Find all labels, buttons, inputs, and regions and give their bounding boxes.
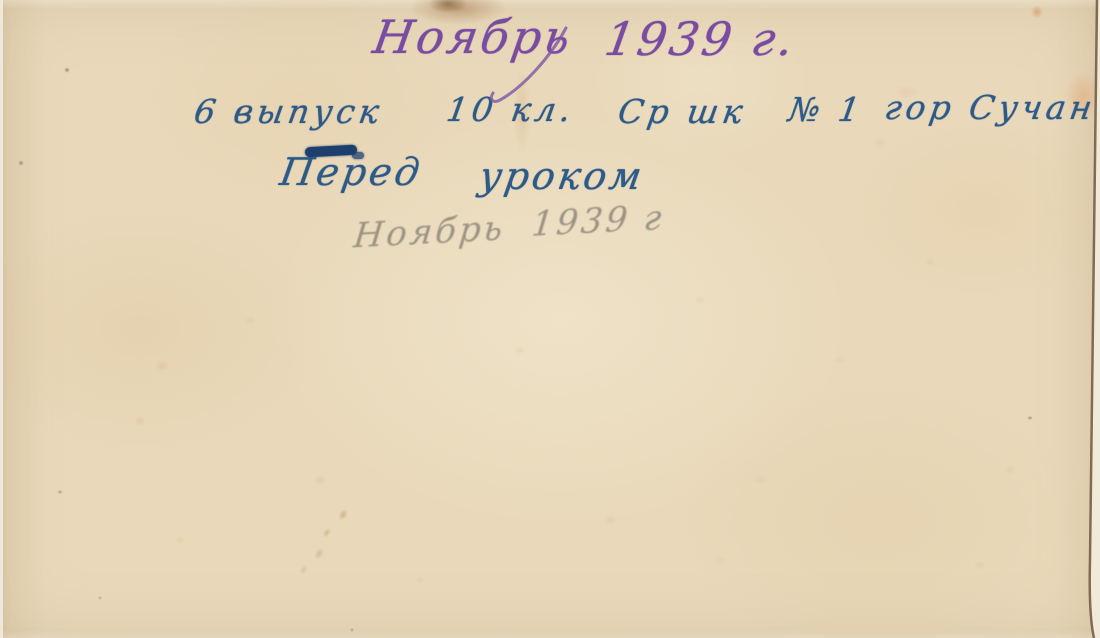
handwriting-word: Ноябрь	[352, 208, 508, 256]
photo-verso-scan: Ноябрь 1939 г. 6 выпуск 10 кл. Ср шк № 1…	[0, 0, 1100, 638]
handwriting-word: Ноябрь	[369, 10, 576, 64]
handwriting-word: 1939 г	[530, 198, 667, 245]
handwriting-word: уроком	[476, 154, 647, 198]
handwriting-word: 6 выпуск	[192, 92, 386, 131]
scanner-background-sliver	[0, 0, 3, 638]
handwriting-word: Ср шк	[616, 92, 750, 131]
handwriting-word: 1939 г.	[601, 12, 800, 66]
handwriting-word: гор Сучана	[882, 88, 1100, 127]
handwriting-word: 10 кл.	[444, 90, 578, 129]
ink-blot	[352, 152, 364, 159]
handwriting-word: № 1	[786, 90, 867, 129]
